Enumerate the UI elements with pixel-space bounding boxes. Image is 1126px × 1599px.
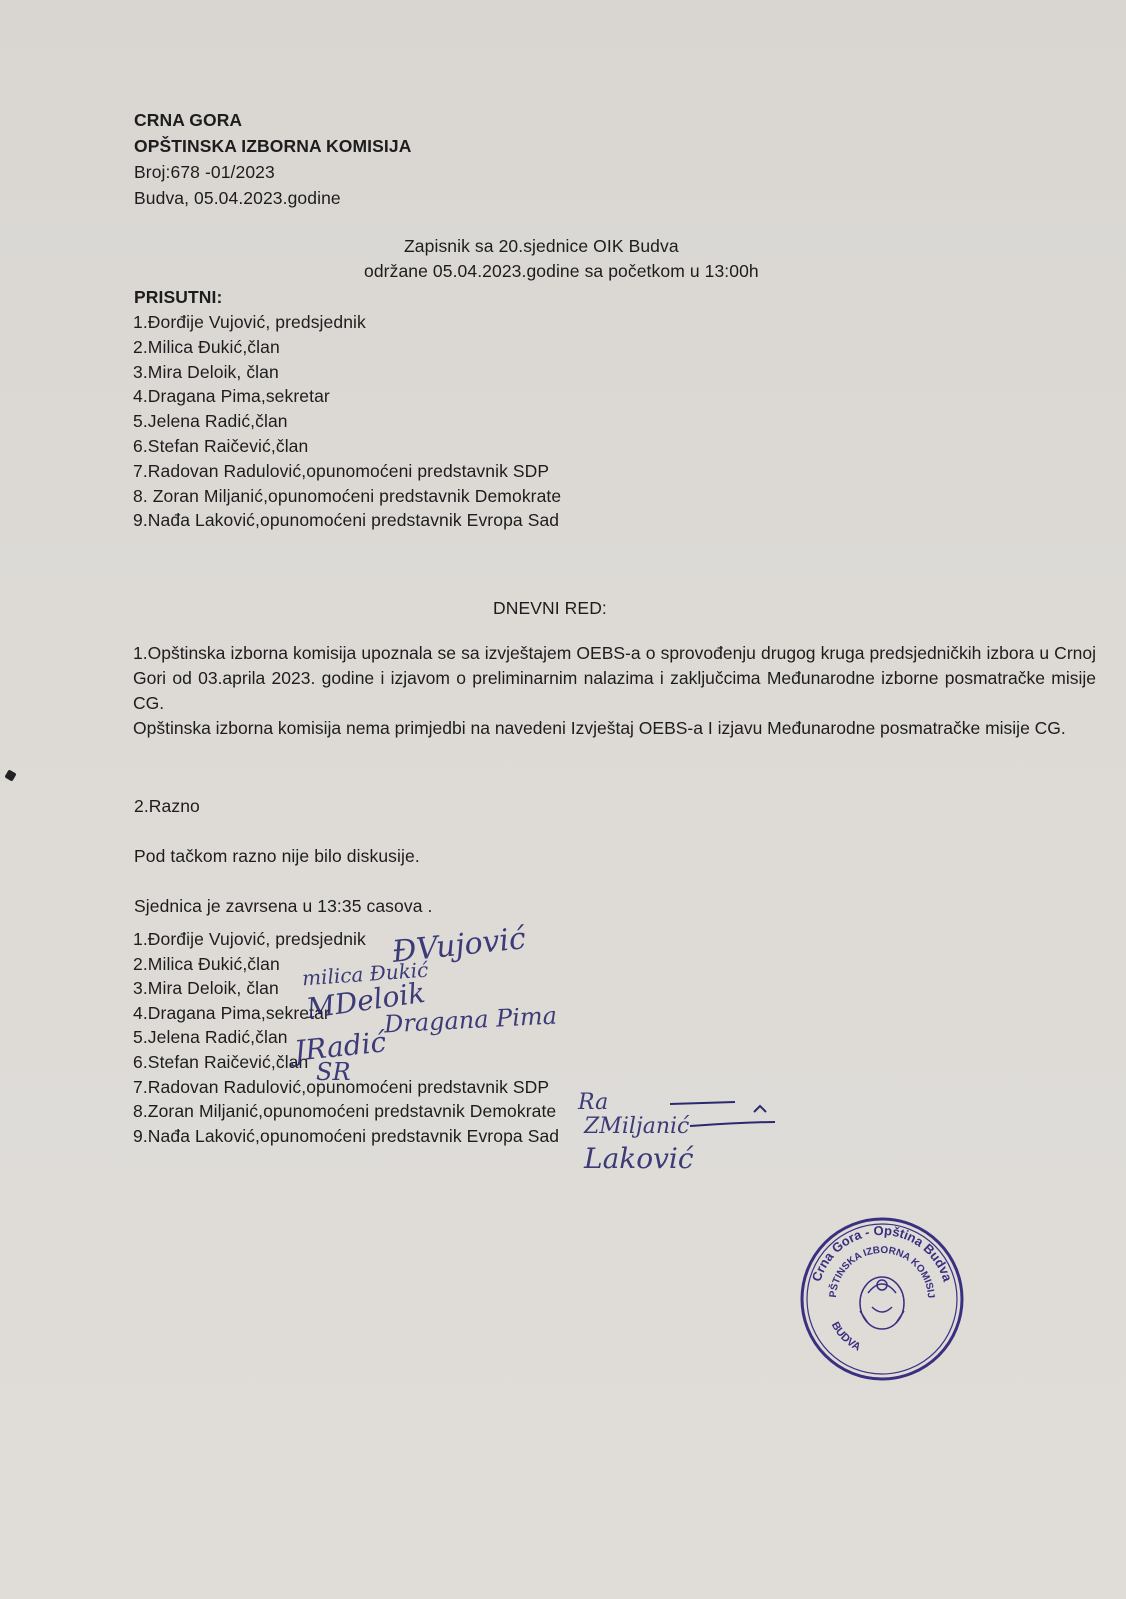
attendee-item: 1.Đorđije Vujović, predsjednik	[133, 312, 366, 333]
session-closing: Sjednica je zavrsena u 13:35 casova .	[134, 896, 432, 917]
attendee-item: 7.Radovan Radulović,opunomoćeni predstav…	[133, 461, 549, 482]
ink-speck	[4, 769, 16, 781]
signatory-item: 5.Jelena Radić,član	[133, 1027, 288, 1048]
attendee-item: 6.Stefan Raičević,član	[133, 436, 308, 457]
signatory-item: 4.Dragana Pima,sekretar	[133, 1003, 330, 1024]
agenda-item-2-note: Pod tačkom razno nije bilo diskusije.	[134, 846, 420, 867]
header-place-date: Budva, 05.04.2023.godine	[134, 188, 341, 209]
minutes-title: Zapisnik sa 20.sjednice OIK Budva	[404, 236, 679, 257]
document-page: CRNA GORA OPŠTINSKA IZBORNA KOMISIJA Bro…	[0, 0, 1126, 1599]
attendee-item: 3.Mira Deloik, član	[133, 362, 279, 383]
agenda-item-2: 2.Razno	[134, 796, 200, 817]
coat-of-arms-icon	[860, 1277, 904, 1329]
header-institution: OPŠTINSKA IZBORNA KOMISIJA	[134, 136, 411, 157]
agenda-label: DNEVNI RED:	[493, 598, 607, 619]
signatory-item: 2.Milica Đukić,član	[133, 954, 280, 975]
attendees-label: PRISUTNI:	[134, 287, 222, 308]
attendee-item: 2.Milica Đukić,član	[133, 337, 280, 358]
header-number: Broj:678 -01/2023	[134, 162, 275, 183]
svg-text:BUDVA: BUDVA	[829, 1320, 863, 1354]
minutes-subtitle: održane 05.04.2023.godine sa početkom u …	[364, 261, 759, 282]
attendee-item: 8. Zoran Miljanić,opunomoćeni predstavni…	[133, 486, 561, 507]
signatory-item: 3.Mira Deloik, član	[133, 978, 279, 999]
signature-6: SR	[316, 1058, 351, 1086]
official-stamp: Crna Gora - Opština Budva OPŠTINSKA IZBO…	[798, 1215, 966, 1383]
signatory-item: 6.Stefan Raičević,član	[133, 1052, 308, 1073]
attendee-item: 4.Dragana Pima,sekretar	[133, 386, 330, 407]
signatory-item: 9.Nađa Laković,opunomoćeni predstavnik E…	[133, 1126, 559, 1147]
agenda-item-1-note: Opštinska izborna komisija nema primjedb…	[133, 716, 1096, 741]
stamp-bottom-text: BUDVA	[829, 1320, 863, 1354]
attendee-item: 9.Nađa Laković,opunomoćeni predstavnik E…	[133, 510, 559, 531]
signatory-item: 8.Zoran Miljanić,opunomoćeni predstavnik…	[133, 1101, 556, 1122]
signature-strokes	[570, 1080, 820, 1180]
agenda-item-1: 1.Opštinska izborna komisija upoznala se…	[133, 641, 1096, 716]
attendee-item: 5.Jelena Radić,član	[133, 411, 288, 432]
signatory-item: 1.Đorđije Vujović, predsjednik	[133, 929, 366, 950]
header-country: CRNA GORA	[134, 110, 242, 131]
